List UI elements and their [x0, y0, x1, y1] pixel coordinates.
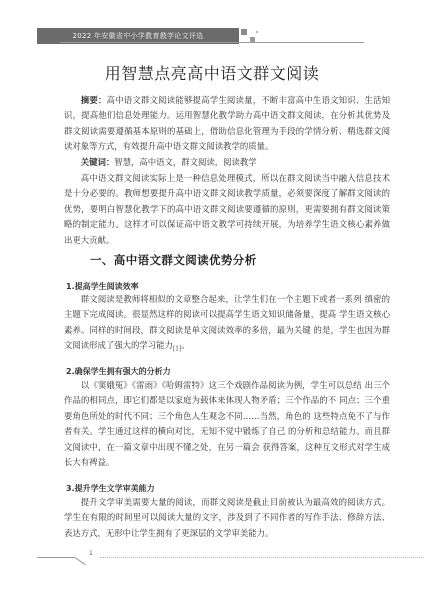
subsection-paragraph-1: 群文阅读是教师将相似的文章整合起来，让学生们在一个主题下或者一系列 缜密的主题下…	[64, 292, 390, 357]
header-divider	[60, 42, 364, 43]
keywords: 关键词：智慧，高中语文，群文阅读，阅读教学	[64, 155, 390, 170]
footer-rule-slant	[75, 557, 86, 565]
decorative-square-icon	[241, 29, 247, 35]
keywords-label: 关键词：	[81, 157, 115, 167]
intro-paragraph: 高中语文群文阅读实际上是一种信息处理模式，所以在群文阅读当中融入信息技术是十分必…	[64, 171, 390, 248]
decorative-dot-icon	[256, 31, 258, 33]
subsection-paragraph-3: 提升文学审美需要大量的阅读，而群文阅读是截止目前被认为最高效的阅读方式。学生在有…	[64, 495, 390, 541]
paragraph-ending: 。	[181, 340, 189, 350]
abstract-label: 摘要：	[81, 95, 107, 105]
footer-dotted-rule	[100, 557, 424, 558]
subsection-heading-1: 1.提高学生阅读效率	[66, 281, 139, 292]
abstract-text: 高中语文群文阅读能够提高学生阅读量，不断丰富高中生语文知识、生活知识，提高他们信…	[64, 95, 390, 151]
section-heading: 一、高中语文群文阅读优势分析	[90, 252, 257, 268]
subsection-paragraph-2: 以《窦娥冤》《雷雨》《哈姆雷特》这三个戏剧作品阅读为例，学生可以总结 出三个作品…	[64, 378, 390, 470]
keywords-text: 智慧，高中语文，群文阅读，阅读教学	[114, 157, 256, 167]
footer-rule	[37, 557, 75, 558]
subsection-heading-2: 2.确保学生拥有强大的分析力	[66, 366, 171, 377]
paragraph-text: 群文阅读是教师将相似的文章整合起来，让学生们在一个主题下或者一系列 缜密的主题下…	[64, 294, 390, 350]
subsection-heading-3: 3.提升学生文学审美能力	[66, 483, 155, 494]
page-number: 1	[89, 550, 93, 557]
article-title: 用智慧点亮高中语文群文阅读	[0, 61, 424, 84]
abstract: 摘要：高中语文群文阅读能够提高学生阅读量，不断丰富高中生语文知识、生活知识，提高…	[64, 93, 390, 155]
